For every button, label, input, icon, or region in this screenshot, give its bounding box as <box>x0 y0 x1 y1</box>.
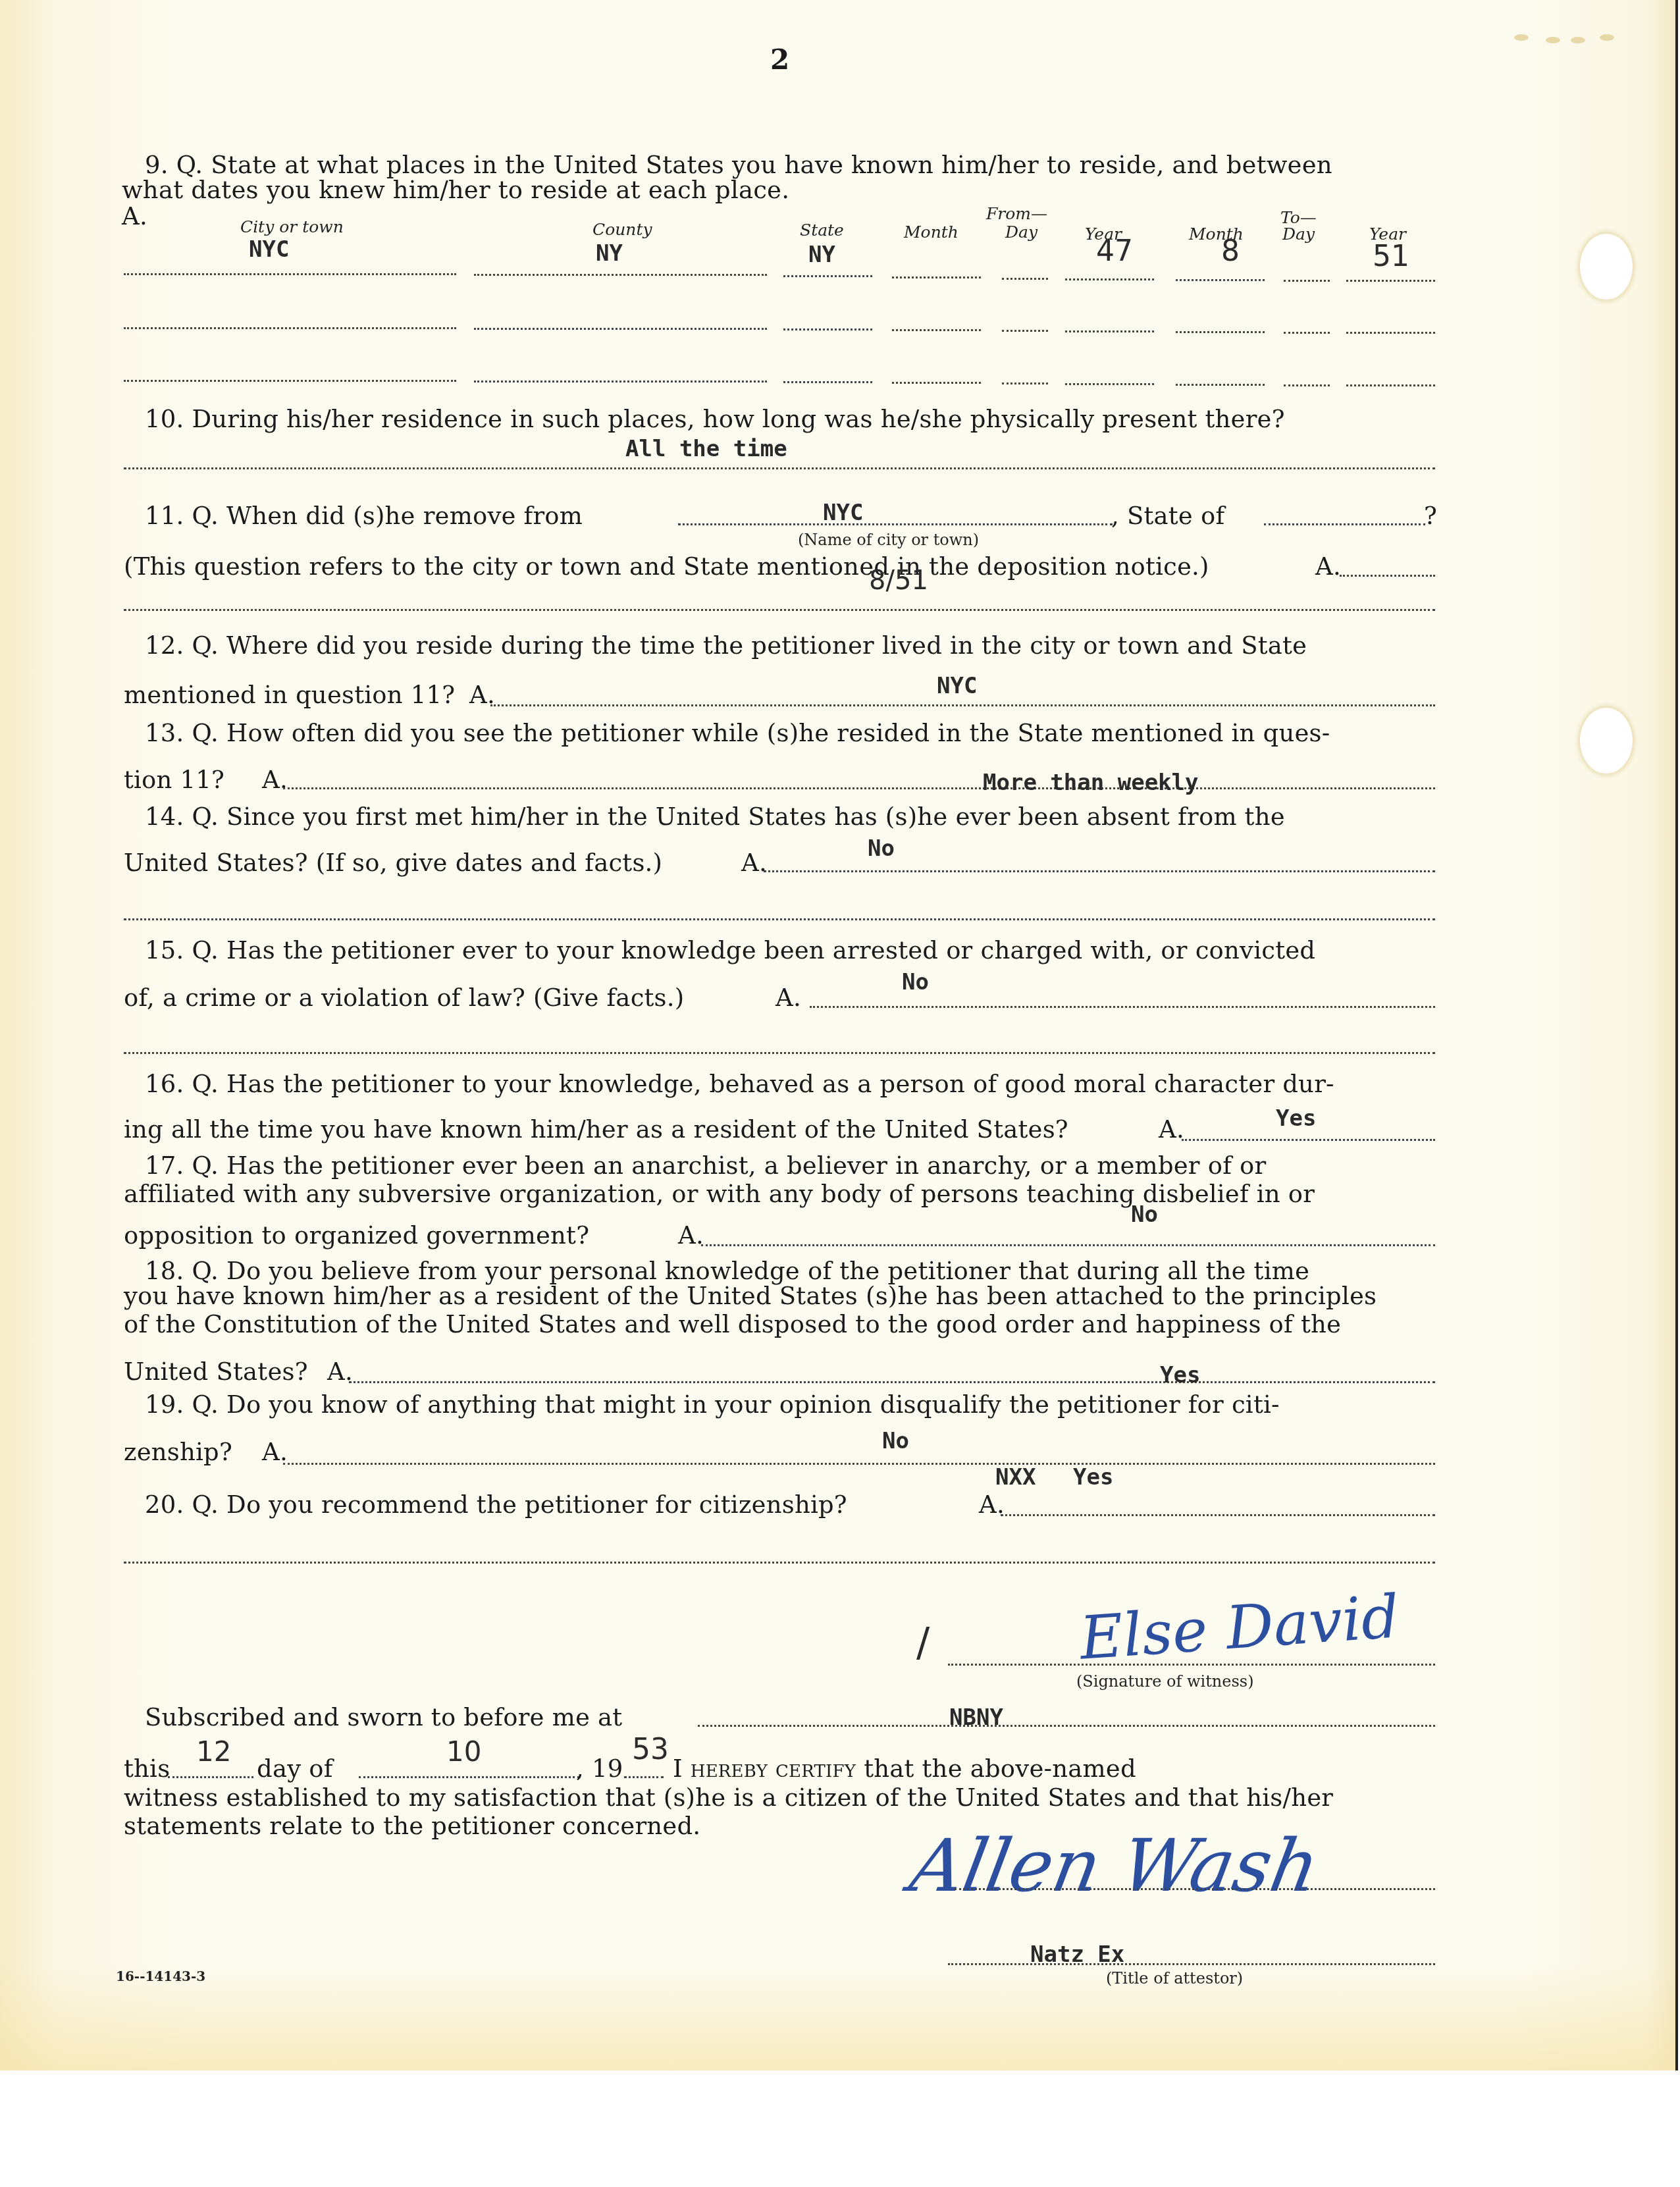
attestor-signature[interactable]: Allen Wash <box>905 1824 1326 1908</box>
jurat-day-of: day of <box>257 1756 333 1781</box>
q14-answer-line2 <box>124 918 1435 920</box>
q9-text-line2: what dates you knew him/her to reside at… <box>122 178 789 202</box>
q15-answer-prefix: A. <box>775 986 801 1010</box>
jurat-day[interactable]: 12 <box>196 1738 231 1766</box>
q19-answer-line <box>283 1463 1435 1465</box>
row1-to-month[interactable]: 8 <box>1221 237 1240 266</box>
jurat-certify-rest: that the above-named <box>864 1754 1136 1783</box>
col-from-day-label: Day <box>1005 224 1037 240</box>
witness-signature-line <box>948 1664 1435 1666</box>
q11-answer[interactable]: 8/51 <box>869 567 928 594</box>
q18-text-line1: 18. Q. Do you believe from your personal… <box>145 1259 1309 1283</box>
col-to-day-label: Day <box>1282 226 1315 242</box>
witness-signature-caption: (Signature of witness) <box>1076 1673 1254 1689</box>
q13-text-line1: 13. Q. How often did you see the petitio… <box>145 721 1330 745</box>
q17-text-line1: 17. Q. Has the petitioner ever been an a… <box>145 1153 1266 1178</box>
row1-state[interactable]: NY <box>808 244 835 266</box>
jurat-month[interactable]: 10 <box>446 1738 481 1766</box>
q15-text-line2: of, a crime or a violation of law? (Give… <box>124 986 684 1010</box>
q17-text-line3: opposition to organized government? <box>124 1223 589 1248</box>
q19-text-line2: zenship? <box>124 1440 232 1464</box>
q16-text-line2: ing all the time you have known him/her … <box>124 1117 1068 1142</box>
q15-answer-line <box>810 1006 1435 1008</box>
q13-answer[interactable]: More than weekly <box>983 772 1199 794</box>
row1-to-year[interactable]: 51 <box>1373 242 1409 271</box>
jurat-year-prefix: , 19 <box>576 1756 623 1781</box>
row1-from-year[interactable]: 47 <box>1096 237 1133 266</box>
q11-state-line <box>1264 523 1425 525</box>
q13-text-line2: tion 11? <box>124 768 224 792</box>
col-city-label: City or town <box>240 219 344 235</box>
attestor-title-line <box>948 1963 1435 1965</box>
jurat-place-line <box>698 1725 1435 1727</box>
q11-city-value[interactable]: NYC <box>823 502 863 524</box>
q19-answer[interactable]: No <box>882 1430 909 1452</box>
attestor-title[interactable]: Natz Ex <box>1030 1943 1124 1966</box>
q16-answer-prefix: A. <box>1159 1117 1184 1142</box>
q12-answer-prefix: A. <box>469 683 495 707</box>
q10-text: 10. During his/her residence in such pla… <box>145 407 1285 431</box>
q13-answer-line <box>283 787 1435 789</box>
q14-text-line2: United States? (If so, give dates and fa… <box>124 851 662 875</box>
q11-text-part1: 11. Q. When did (s)he remove from <box>145 504 583 528</box>
q15-answer[interactable]: No <box>902 971 929 993</box>
q12-answer[interactable]: NYC <box>937 675 977 697</box>
q18-text-line4: United States? <box>124 1359 308 1384</box>
q10-answer-line <box>124 467 1435 469</box>
staple-mark <box>1514 34 1529 41</box>
row1-county[interactable]: NY <box>596 242 623 265</box>
q19-text-line1: 19. Q. Do you know of anything that migh… <box>145 1392 1280 1417</box>
col-state-label: State <box>800 222 844 238</box>
staple-mark <box>1600 34 1614 41</box>
jurat-certify-caps: I hereby certify <box>673 1754 856 1783</box>
q16-answer[interactable]: Yes <box>1276 1107 1316 1130</box>
q11-answer-prefix: A. <box>1315 554 1341 579</box>
q19-answer-prefix: A. <box>262 1440 288 1464</box>
q18-text-line2: you have known him/her as a resident of … <box>124 1284 1377 1308</box>
q14-text-line1: 14. Q. Since you first met him/her in th… <box>145 804 1285 829</box>
q11-answer-line <box>1340 575 1435 577</box>
q11-answer-line2 <box>124 609 1435 611</box>
witness-slash-mark: / <box>916 1623 930 1662</box>
attestor-title-caption: (Title of attestor) <box>1106 1970 1243 1986</box>
q20-text: 20. Q. Do you recommend the petitioner f… <box>145 1492 847 1517</box>
q12-text-line1: 12. Q. Where did you reside during the t… <box>145 633 1307 658</box>
col-from-month-label: Month <box>904 224 958 240</box>
punch-hole <box>1580 708 1633 774</box>
q20-answer-struck: NXX <box>995 1466 1036 1489</box>
q15-answer-line2 <box>124 1052 1435 1054</box>
form-number: 16--14143-3 <box>116 1970 205 1983</box>
row1-city[interactable]: NYC <box>249 238 289 261</box>
q20-answer-line2 <box>124 1562 1435 1564</box>
q11-city-caption: (Name of city or town) <box>798 532 979 548</box>
q14-answer-line <box>764 870 1435 872</box>
q15-text-line1: 15. Q. Has the petitioner ever to your k… <box>145 938 1315 962</box>
q18-answer-line <box>349 1381 1435 1383</box>
q17-answer[interactable]: No <box>1131 1203 1158 1226</box>
jurat-year-line <box>624 1776 664 1778</box>
jurat-line1: Subscribed and sworn to before me at <box>145 1705 622 1729</box>
jurat-place[interactable]: NBNY <box>949 1706 1003 1729</box>
attestor-signature-line <box>955 1888 1435 1890</box>
q16-answer-line <box>1182 1139 1435 1141</box>
punch-hole <box>1580 234 1633 300</box>
q12-text-line2: mentioned in question 11? <box>124 683 455 707</box>
q18-answer[interactable]: Yes <box>1160 1364 1200 1386</box>
q9-answer-prefix: A. <box>122 204 147 228</box>
jurat-line4: statements relate to the petitioner conc… <box>124 1814 700 1838</box>
q16-text-line1: 16. Q. Has the petitioner to your knowle… <box>145 1072 1334 1096</box>
q17-answer-line <box>701 1244 1435 1246</box>
jurat-month-line <box>359 1776 579 1778</box>
staple-mark <box>1571 37 1585 43</box>
jurat-this: this <box>124 1756 170 1781</box>
q10-answer[interactable]: All the time <box>625 438 787 460</box>
q12-answer-line <box>490 704 1435 706</box>
page-number: 2 <box>770 46 789 74</box>
q20-answer-line <box>1001 1514 1435 1516</box>
q14-answer[interactable]: No <box>868 837 895 860</box>
col-from-header: From— <box>986 205 1047 222</box>
jurat-day-line <box>168 1776 253 1778</box>
jurat-year[interactable]: 53 <box>632 1735 669 1764</box>
q18-text-line3: of the Constitution of the United States… <box>124 1312 1341 1336</box>
jurat-certify: I hereby certify that the above-named <box>673 1756 1136 1781</box>
q11-city-line <box>678 523 1113 525</box>
q17-answer-prefix: A. <box>678 1223 704 1248</box>
col-to-header: To— <box>1280 209 1317 226</box>
q11-text-part2: , State of <box>1111 504 1224 528</box>
staple-mark <box>1546 37 1560 43</box>
q20-answer[interactable]: Yes <box>1073 1466 1113 1489</box>
col-county-label: County <box>592 221 652 238</box>
q20-answer-prefix: A. <box>979 1492 1005 1517</box>
q9-text-line1: 9. Q. State at what places in the United… <box>145 153 1332 177</box>
q11-text-end: ? <box>1424 504 1437 528</box>
q11-text-line2: (This question refers to the city or tow… <box>124 554 1209 579</box>
q18-answer-prefix: A. <box>327 1359 353 1384</box>
jurat-line3: witness established to my satisfaction t… <box>124 1785 1333 1810</box>
